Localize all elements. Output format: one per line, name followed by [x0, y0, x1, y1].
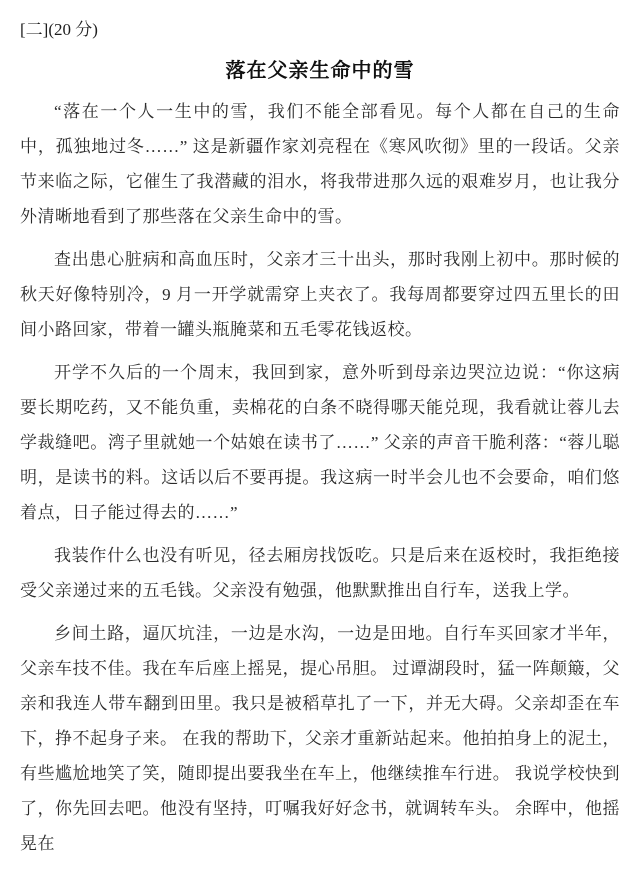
exam-page: [二](20 分) 落在父亲生命中的雪 “落在一个人一生中的雪，我们不能全部看见…: [0, 0, 640, 870]
essay-paragraph-2: 查出患心脏病和高血压时，父亲才三十出头，那时我刚上初中。那时候的秋天好像特别冷，…: [20, 242, 620, 347]
essay-paragraph-4: 我装作什么也没有听见，径去厢房找饭吃。只是后来在返校时，我拒绝接受父亲递过来的五…: [20, 538, 620, 608]
essay-paragraph-1: “落在一个人一生中的雪，我们不能全部看见。每个人都在自己的生命中，孤独地过冬………: [20, 94, 620, 234]
essay-body: “落在一个人一生中的雪，我们不能全部看见。每个人都在自己的生命中，孤独地过冬………: [20, 94, 620, 861]
essay-title: 落在父亲生命中的雪: [20, 58, 620, 84]
section-score-label: [二](20 分): [20, 18, 620, 42]
essay-paragraph-3: 开学不久后的一个周末，我回到家，意外听到母亲边哭泣边说：“你这病要长期吃药，又不…: [20, 355, 620, 530]
essay-paragraph-5: 乡间土路，逼仄坑洼，一边是水沟，一边是田地。自行车买回家才半年，父亲车技不佳。我…: [20, 616, 620, 861]
